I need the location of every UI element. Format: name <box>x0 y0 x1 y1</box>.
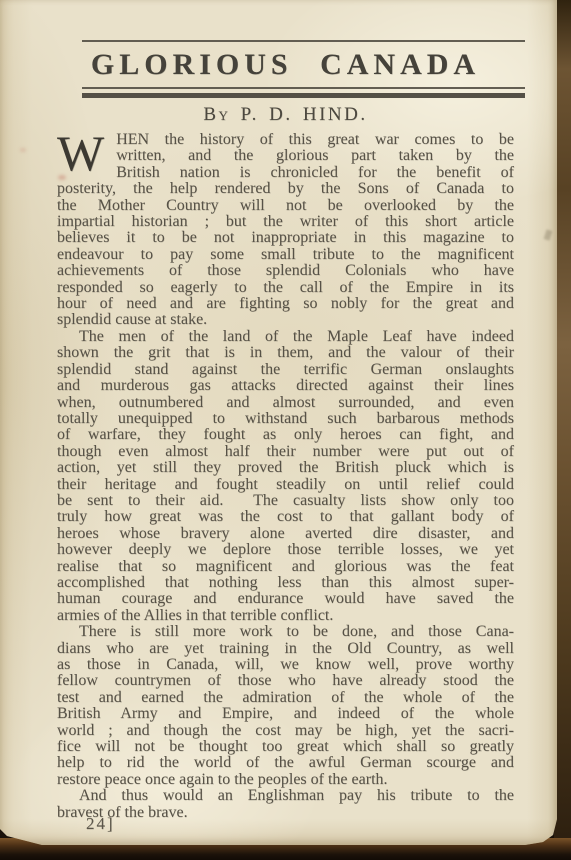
text-line: British nation is chronicled for the ben… <box>57 165 514 181</box>
text-line: splendid stand against the terrific Germ… <box>57 362 514 378</box>
text-line: HEN the history of this great war comes … <box>57 132 514 148</box>
text-line: restore peace once again to the peoples … <box>57 772 514 788</box>
text-line: realise that so magnificent and glorious… <box>57 559 514 575</box>
text-line: armies of the Allies in that terrible co… <box>57 608 514 624</box>
text-line: and murderous gas attacks directed again… <box>57 378 514 394</box>
article-body: WHEN the history of this great war comes… <box>57 132 514 821</box>
paper-blemish <box>20 148 26 152</box>
text-line: achievements of those splendid Colonials… <box>57 263 514 279</box>
text-line: as those in Canada, will, we know well, … <box>57 657 514 673</box>
text-line: human courage and endurance would have s… <box>57 591 514 607</box>
text-line: world ; and though the cost may be high,… <box>57 723 514 739</box>
header-rule-thin <box>82 87 525 89</box>
text-line: truly how great was the cost to that gal… <box>57 509 514 525</box>
header-rule-top <box>82 40 525 42</box>
paragraph: And thus would an Englishman pay his tri… <box>57 788 514 821</box>
text-line: heroes whose bravery alone averted dire … <box>57 526 514 542</box>
text-line: be sent to their aid. The casualty lists… <box>57 493 514 509</box>
text-line: hour of need and are fighting so nobly f… <box>57 296 514 312</box>
text-line: endeavour to pay some small tribute to t… <box>57 247 514 263</box>
text-line: though even almost half their number wer… <box>57 444 514 460</box>
page-title: GLORIOUS CANADA <box>57 47 514 82</box>
text-line: posterity, the help rendered by the Sons… <box>57 181 514 197</box>
text-line: dians who are yet training in the Old Co… <box>57 641 514 657</box>
text-line: accomplished that nothing less than this… <box>57 575 514 591</box>
text-line: And thus would an Englishman pay his tri… <box>57 788 514 804</box>
text-line: totally unequipped to withstand such bar… <box>57 411 514 427</box>
text-line: responded so eagerly to the call of the … <box>57 280 514 296</box>
drop-cap-letter: W <box>57 133 104 177</box>
text-line: impartial historian ; but the writer of … <box>57 214 514 230</box>
text-line: written, and the glorious part taken by … <box>57 148 514 164</box>
text-line: shown the grit that is in them, and the … <box>57 345 514 361</box>
text-line: The men of the land of the Maple Leaf ha… <box>57 329 514 345</box>
text-line: action, yet still they proved the Britis… <box>57 460 514 476</box>
text-line: of warfare, they fought as only heroes c… <box>57 427 514 443</box>
paragraph: WHEN the history of this great war comes… <box>57 132 514 329</box>
text-line: their heritage and fought steadily on un… <box>57 477 514 493</box>
paragraph: There is still more work to be done, and… <box>57 624 514 788</box>
text-line: There is still more work to be done, and… <box>57 624 514 640</box>
text-line: test and earned the admiration of the wh… <box>57 690 514 706</box>
text-line: when, outnumbered and almost surrounded,… <box>57 395 514 411</box>
text-line: fellow countrymen of those who have alre… <box>57 673 514 689</box>
paragraph: The men of the land of the Maple Leaf ha… <box>57 329 514 624</box>
scanned-book-page: GLORIOUS CANADA By P. D. HIND. WHEN the … <box>0 0 571 860</box>
text-line: believes it to be not inappropriate in t… <box>57 230 514 246</box>
text-line: fice will not be thought too great which… <box>57 739 514 755</box>
page-content: GLORIOUS CANADA By P. D. HIND. WHEN the … <box>57 0 514 821</box>
byline: By P. D. HIND. <box>57 104 514 125</box>
text-line: however deeply we deplore those terrible… <box>57 542 514 558</box>
page-number: 24] <box>86 814 115 834</box>
text-line: help to rid the world of the awful Germa… <box>57 755 514 771</box>
text-line: British Army and Empire, and indeed of t… <box>57 706 514 722</box>
paper-blemish <box>544 229 553 240</box>
text-line: bravest of the brave. <box>57 805 514 821</box>
paper-page: GLORIOUS CANADA By P. D. HIND. WHEN the … <box>0 0 557 845</box>
text-line: splendid cause at stake. <box>57 312 514 328</box>
header-rule-thick <box>82 93 525 98</box>
text-line: the Mother Country will not be overlooke… <box>57 198 514 214</box>
